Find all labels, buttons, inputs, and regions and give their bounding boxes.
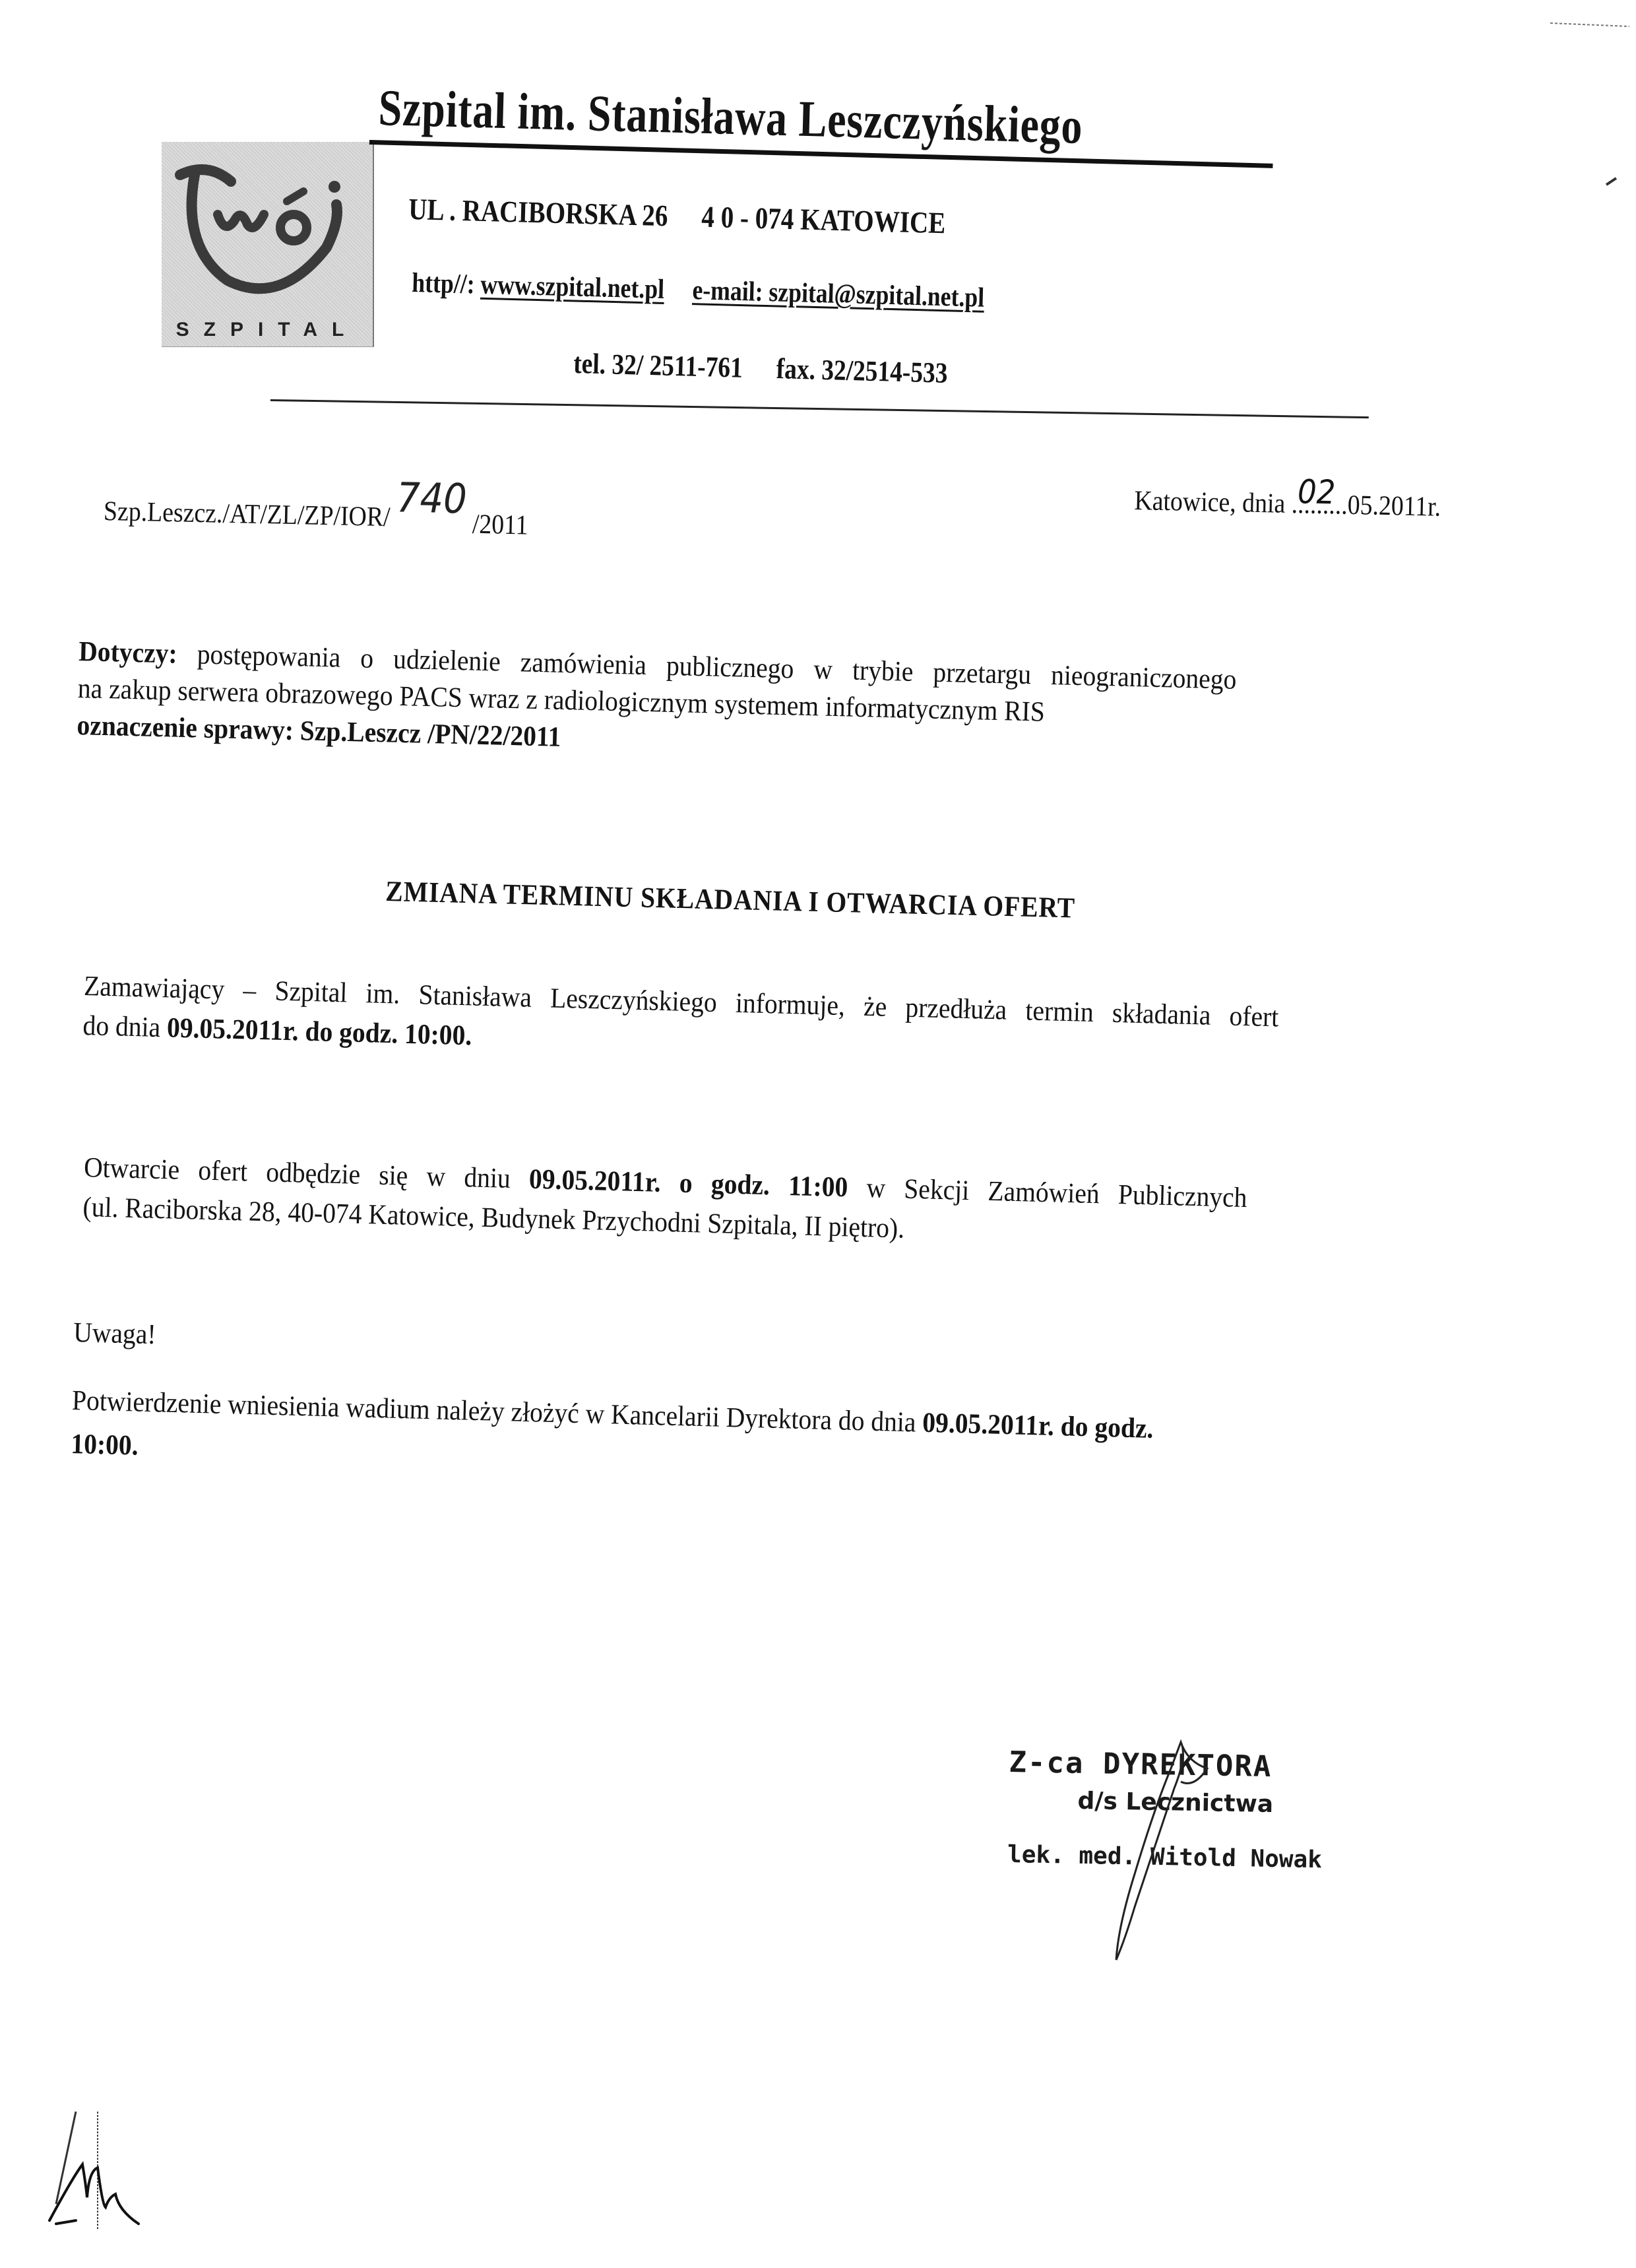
handwritten-day: 02 bbox=[1298, 472, 1336, 511]
web-label: http//: bbox=[412, 268, 475, 300]
note-label: Uwaga! bbox=[73, 1316, 156, 1351]
website-link[interactable]: www.szpital.net.pl bbox=[480, 270, 665, 305]
paragraph-wadium-note: Potwierdzenie wniesienia wadium należy z… bbox=[71, 1379, 1154, 1495]
email-label: e-mail: bbox=[692, 275, 763, 308]
date-suffix: .05.2011r. bbox=[1341, 490, 1441, 523]
submission-deadline: 09.05.2011r. do godz. 10:00. bbox=[166, 1012, 472, 1051]
street-address: UL . RACIBORSKA 26 bbox=[408, 192, 668, 232]
paragraph1-prefix: do dnia bbox=[82, 1010, 161, 1043]
telephone: tel. 32/ 2511-761 bbox=[573, 347, 743, 384]
date-prefix: Katowice, dnia bbox=[1134, 486, 1286, 519]
paragraph-deadline-extension: Zamawiający – Szpital im. Stanisława Les… bbox=[82, 967, 1279, 1077]
notice-heading: ZMIANA TERMINU SKŁADANIA I OTWARCIA OFER… bbox=[385, 874, 1076, 925]
fax: fax. 32/2514-533 bbox=[776, 352, 948, 389]
reference-year: /2011 bbox=[472, 509, 528, 542]
letterhead-divider bbox=[270, 399, 1369, 418]
city-postcode: 4 0 - 074 KATOWICE bbox=[701, 200, 946, 240]
signature-director-icon bbox=[1055, 1716, 1227, 1966]
paragraph-opening-of-offers: Otwarcie ofert odbędzie się w dniu 09.05… bbox=[82, 1148, 1247, 1258]
reference-number: Szp.Leszcz./AT/ZL/ZP/IOR/740/2011 bbox=[103, 482, 528, 538]
paragraph2-suffix: w Sekcji Zamówień Publicznych bbox=[866, 1173, 1247, 1214]
case-label: oznaczenie sprawy: bbox=[77, 710, 294, 746]
case-value: Szp.Leszcz /PN/22/2011 bbox=[299, 715, 561, 753]
scan-artifact-icon bbox=[1544, 16, 1636, 214]
paragraph2-prefix: Otwarcie ofert odbędzie się w dniu bbox=[84, 1152, 511, 1194]
opening-date-time: 09.05.2011r. o godz. 11:00 bbox=[528, 1164, 848, 1204]
wadium-deadline-time: 10:00. bbox=[71, 1429, 139, 1462]
wadium-deadline: 09.05.2011r. do godz. bbox=[922, 1408, 1154, 1444]
phone-line: tel. 32/ 2511-761fax. 32/2514-533 bbox=[573, 346, 948, 390]
initials-mark-icon bbox=[20, 2098, 165, 2230]
subject-label: Dotyczy: bbox=[79, 636, 177, 670]
logo-wordmark: SZPITAL bbox=[162, 319, 373, 341]
subject-block: Dotyczy: postępowania o udzielenie zamów… bbox=[77, 633, 1237, 773]
email-value: szpital@szpital.net.pl bbox=[769, 277, 985, 313]
twoj-smile-logo-icon bbox=[168, 148, 366, 307]
handwritten-reference-number: 740 bbox=[396, 473, 467, 523]
reference-prefix: Szp.Leszcz./AT/ZL/ZP/IOR/ bbox=[104, 496, 391, 533]
address-line: UL . RACIBORSKA 264 0 - 074 KATOWICE bbox=[408, 191, 946, 240]
email-link[interactable]: e-mail: szpital@szpital.net.pl bbox=[692, 275, 985, 313]
web-contact-line: http//: www.szpital.net.ple-mail: szpita… bbox=[412, 267, 985, 314]
letter-date: Katowice, dnia 02 ........ .05.2011r. bbox=[1134, 485, 1441, 523]
hospital-logo: SZPITAL bbox=[162, 142, 374, 347]
